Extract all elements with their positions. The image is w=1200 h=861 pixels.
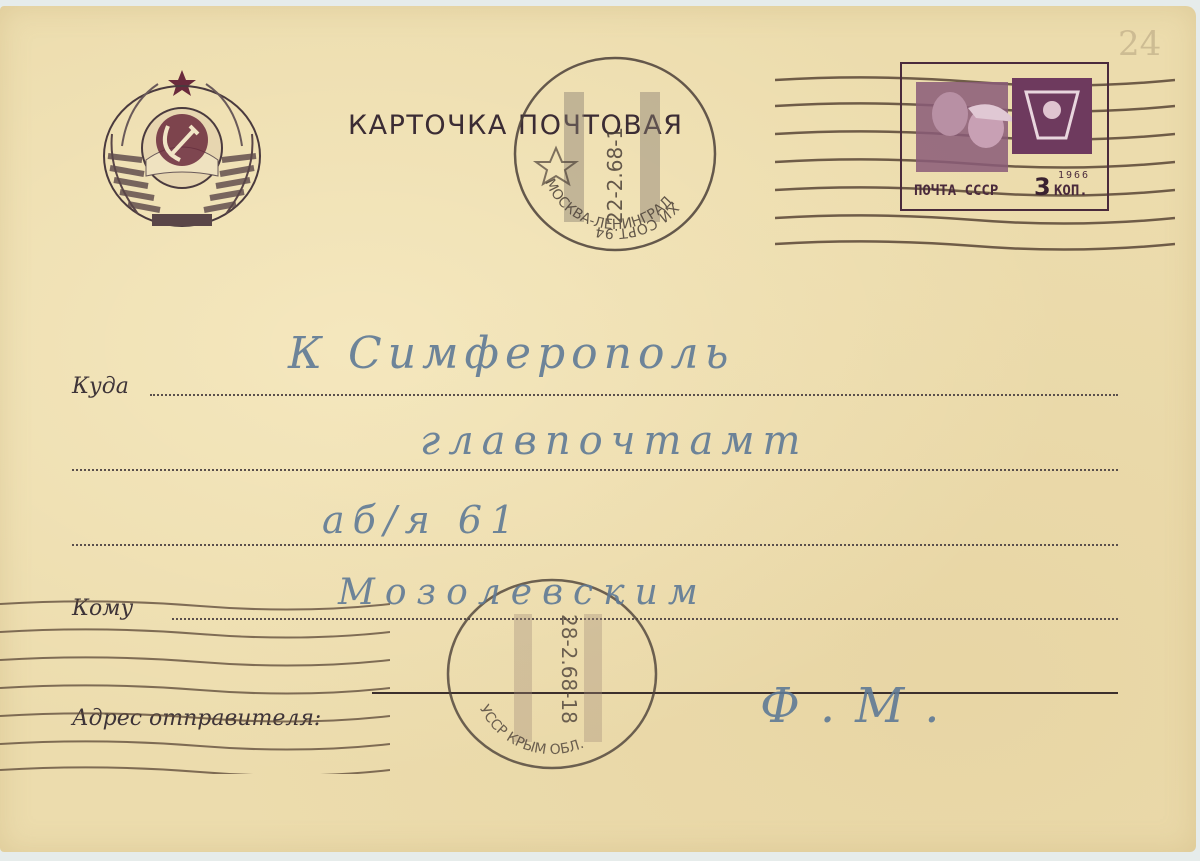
to-line-2 bbox=[72, 469, 1118, 471]
pencil-note: 24 bbox=[1118, 24, 1161, 64]
handwritten-signature: Ф.М. bbox=[760, 678, 960, 734]
svg-text:28-2.68-18: 28-2.68-18 bbox=[557, 614, 581, 724]
postcard: КАРТОЧКА ПОЧТОВАЯ 24 1966 ПОЧТА СССР 3 К… bbox=[0, 6, 1196, 852]
ussr-coat-of-arms-icon bbox=[98, 64, 266, 236]
handwritten-recipient: Мозолевским bbox=[338, 572, 708, 613]
handwritten-city: К Симферополь bbox=[288, 328, 734, 379]
stamp-value: 3 bbox=[1034, 173, 1051, 201]
stamp-illustration-icon bbox=[916, 78, 1092, 172]
to-label: Куда bbox=[72, 374, 129, 399]
handwritten-po-box: аб/я 61 bbox=[322, 498, 522, 542]
handwritten-post-office: главпочтамт bbox=[420, 418, 808, 464]
svg-text:22-2.68-1: 22-2.68-1 bbox=[603, 127, 627, 224]
to-line-3 bbox=[72, 544, 1118, 546]
stamp-unit: КОП. bbox=[1054, 183, 1088, 199]
postage-stamp: 1966 ПОЧТА СССР 3 КОП. bbox=[900, 62, 1109, 211]
to-line-1 bbox=[150, 394, 1118, 396]
stamp-country: ПОЧТА СССР bbox=[914, 183, 998, 199]
departure-postmark: ХИ СОРТ.94 МОСКВА-ЛЕНИНГРАД 22-2.68-1 bbox=[510, 54, 720, 254]
cancellation-lines-bottom bbox=[0, 594, 390, 774]
stamp-year: 1966 bbox=[1058, 170, 1090, 181]
